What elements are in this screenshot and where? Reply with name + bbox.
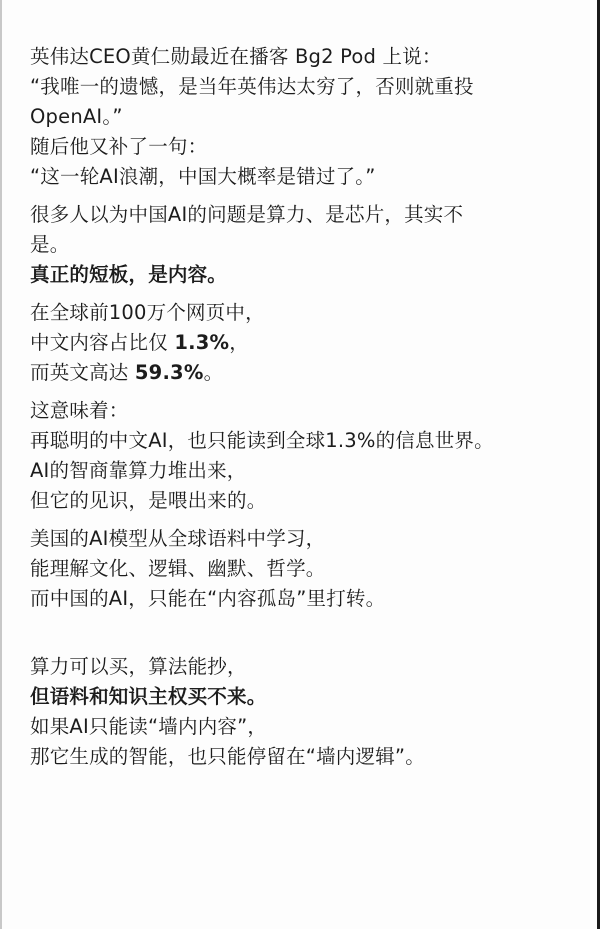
emphasis-line: 但语料和知识主权买不来。 <box>30 682 579 712</box>
text-line: 在全球前100万个网页中， <box>30 298 579 328</box>
stat-value-chinese: 1.3% <box>174 331 229 354</box>
stat-value-english: 59.3% <box>135 361 204 384</box>
text-line: 随后他又补了一句： <box>30 132 579 162</box>
text-line: 算力可以买，算法能抄， <box>30 652 579 682</box>
stat-line-english: 而英文高达 59.3%。 <box>30 358 579 388</box>
paragraph-conclusion: 算力可以买，算法能抄， 但语料和知识主权买不来。 如果AI只能读“墙内内容”， … <box>30 652 579 772</box>
stat-label: 中文内容占比仅 <box>30 331 174 354</box>
text-line: 美国的AI模型从全球语料中学习， <box>30 524 579 554</box>
text-line: 能理解文化、逻辑、幽默、哲学。 <box>30 554 579 584</box>
paragraph-stats: 在全球前100万个网页中， 中文内容占比仅 1.3%， 而英文高达 59.3%。 <box>30 298 579 388</box>
punctuation: 。 <box>204 361 224 384</box>
text-line: AI的智商靠算力堆出来， <box>30 456 579 486</box>
stat-label: 而英文高达 <box>30 361 135 384</box>
text-line: “我唯一的遗憾，是当年英伟达太穷了，否则就重投 <box>30 72 579 102</box>
text-line: 这意味着： <box>30 396 579 426</box>
text-line: “这一轮AI浪潮，中国大概率是错过了。” <box>30 162 579 192</box>
paragraph-meaning: 这意味着： 再聪明的中文AI，也只能读到全球1.3%的信息世界。 AI的智商靠算… <box>30 396 579 516</box>
text-line: 再聪明的中文AI，也只能读到全球1.3%的信息世界。 <box>30 426 579 456</box>
paragraph-quote: 英伟达CEO黄仁勋最近在播客 Bg2 Pod 上说： “我唯一的遗憾，是当年英伟… <box>30 42 579 192</box>
emphasis-line: 真正的短板，是内容。 <box>30 260 579 290</box>
article-body: 英伟达CEO黄仁勋最近在播客 Bg2 Pod 上说： “我唯一的遗憾，是当年英伟… <box>30 42 579 772</box>
paragraph-comparison: 美国的AI模型从全球语料中学习， 能理解文化、逻辑、幽默、哲学。 而中国的AI，… <box>30 524 579 614</box>
text-line: 但它的见识，是喂出来的。 <box>30 486 579 516</box>
screenshot-frame: 英伟达CEO黄仁勋最近在播客 Bg2 Pod 上说： “我唯一的遗憾，是当年英伟… <box>0 0 600 929</box>
text-line: 那它生成的智能，也只能停留在“墙内逻辑”。 <box>30 742 579 772</box>
paragraph-shortboard: 很多人以为中国AI的问题是算力、是芯片，其实不 是。 真正的短板，是内容。 <box>30 200 579 290</box>
text-line: OpenAI。” <box>30 102 579 132</box>
text-line: 而中国的AI，只能在“内容孤岛”里打转。 <box>30 584 579 614</box>
text-line: 是。 <box>30 230 579 260</box>
text-line: 如果AI只能读“墙内内容”， <box>30 712 579 742</box>
text-line: 英伟达CEO黄仁勋最近在播客 Bg2 Pod 上说： <box>30 42 579 72</box>
text-line: 很多人以为中国AI的问题是算力、是芯片，其实不 <box>30 200 579 230</box>
stat-line-chinese: 中文内容占比仅 1.3%， <box>30 328 579 358</box>
punctuation: ， <box>229 331 249 354</box>
